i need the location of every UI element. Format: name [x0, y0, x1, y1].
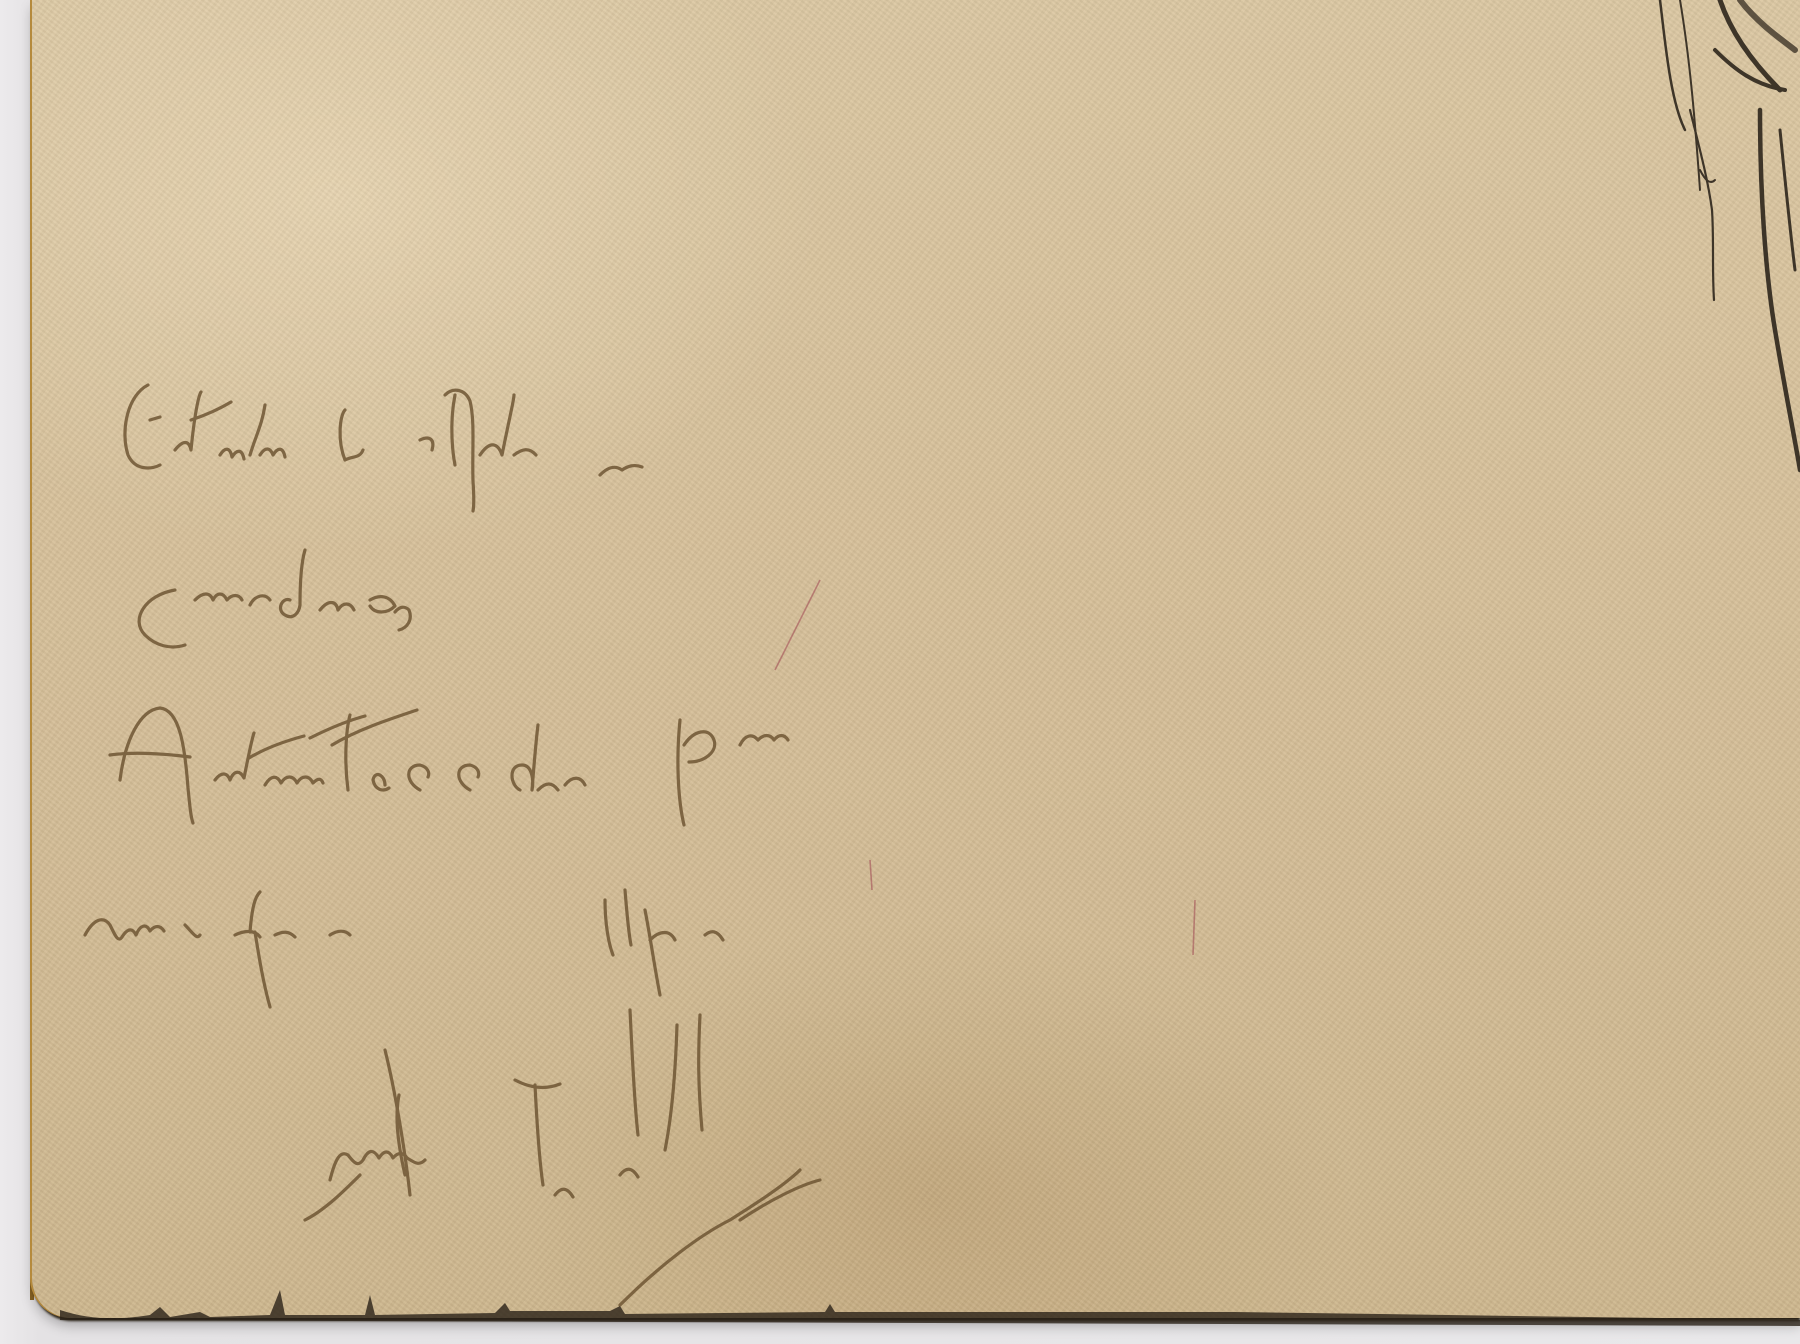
- torn-bottom-edge: [60, 1290, 1800, 1326]
- red-crayon-mark: [775, 580, 820, 670]
- inscription-line-1: [125, 385, 642, 511]
- red-crayon-mark: [1193, 900, 1195, 955]
- inscription-line-3: [110, 708, 788, 825]
- inscription-line-2: [139, 550, 410, 647]
- inscription-line-5: [305, 1010, 820, 1305]
- inscription-line-4: [85, 890, 723, 1007]
- red-crayon-mark: [870, 860, 872, 890]
- sketch-drapery: [1660, 0, 1800, 470]
- pencil-markings: [0, 0, 1800, 1344]
